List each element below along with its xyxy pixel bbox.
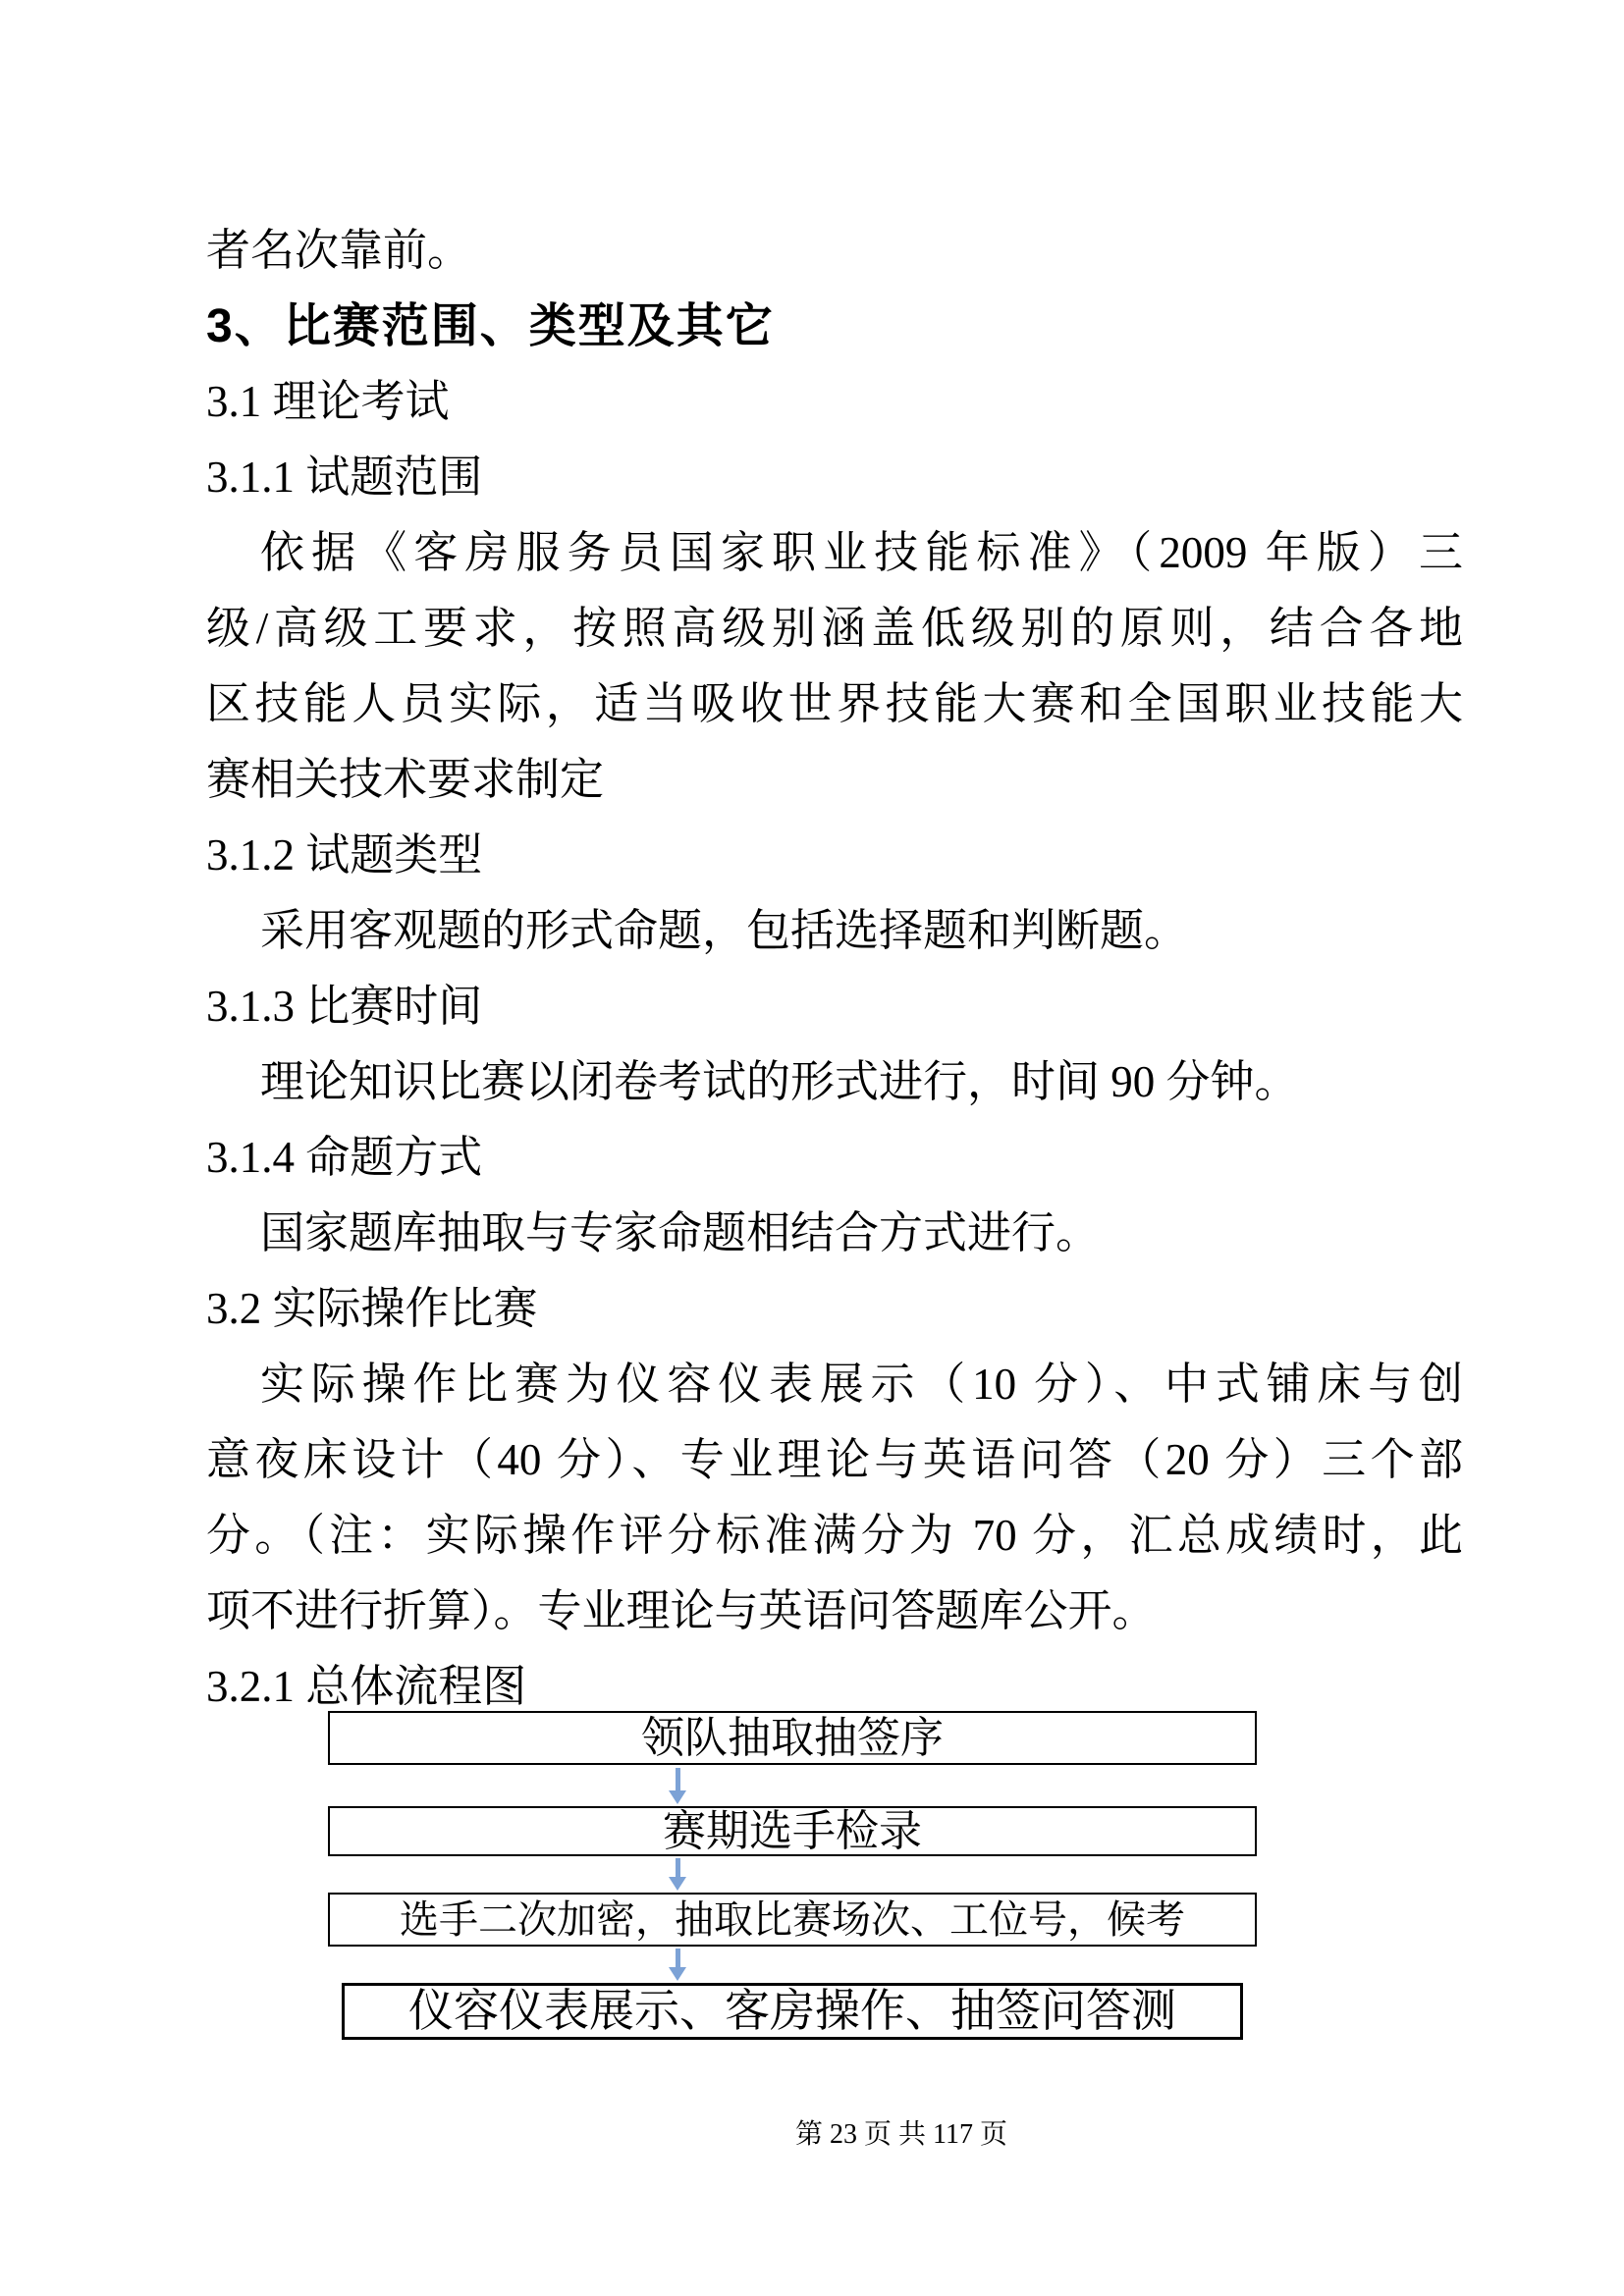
doc-line: 理论知识比赛以闭卷考试的形式进行，时间 90 分钟。 xyxy=(206,1044,1463,1120)
flow-step-label: 领队抽取抽签序 xyxy=(641,1717,944,1760)
arrow-shaft xyxy=(676,1949,680,1967)
arrow-head xyxy=(669,1877,686,1891)
flow-arrow-down-icon xyxy=(669,1858,686,1891)
arrow-shaft xyxy=(676,1858,680,1877)
doc-line: 级/高级工要求，按照高级别涵盖低级别的原则，结合各地 xyxy=(206,591,1463,667)
doc-line: 者名次靠前。 xyxy=(206,213,1463,289)
doc-line: 3.1.4 命题方式 xyxy=(206,1120,1463,1196)
arrow-shaft xyxy=(676,1768,680,1790)
flow-step-label: 仪容仪表展示、客房操作、抽签问答测 xyxy=(408,1989,1176,2034)
doc-line: 3.2 实际操作比赛 xyxy=(206,1271,1463,1347)
flow-arrow-down-icon xyxy=(669,1768,686,1804)
doc-line: 采用客观题的形式命题，包括选择题和判断题。 xyxy=(206,893,1463,969)
document-body: 者名次靠前。 3、比赛范围、类型及其它 3.1 理论考试 3.1.1 试题范围 … xyxy=(206,213,1463,1725)
flow-step-second-encryption: 选手二次加密，抽取比赛场次、工位号，候考 xyxy=(328,1893,1257,1947)
flow-step-label: 选手二次加密，抽取比赛场次、工位号，候考 xyxy=(400,1900,1185,1940)
doc-line: 赛相关技术要求制定 xyxy=(206,742,1463,818)
doc-line: 分。（注：实际操作评分标准满分为 70 分，汇总成绩时，此 xyxy=(206,1498,1463,1574)
flow-arrow-down-icon xyxy=(669,1949,686,1981)
doc-line: 3.1.3 比赛时间 xyxy=(206,969,1463,1044)
doc-line: 3.1.1 试题范围 xyxy=(206,440,1463,515)
section-heading: 3、比赛范围、类型及其它 xyxy=(206,289,1463,364)
flow-step-label: 赛期选手检录 xyxy=(663,1810,922,1853)
doc-line: 意夜床设计（40 分）、专业理论与英语问答（20 分）三个部 xyxy=(206,1422,1463,1498)
page-number: 第 23 页 共 117 页 xyxy=(795,2112,1007,2152)
doc-line: 依据《客房服务员国家职业技能标准》（2009 年版）三 xyxy=(206,515,1463,591)
document-page: 者名次靠前。 3、比赛范围、类型及其它 3.1 理论考试 3.1.1 试题范围 … xyxy=(0,0,1624,2296)
flow-step-draw-order: 领队抽取抽签序 xyxy=(328,1711,1257,1765)
flow-step-demonstration: 仪容仪表展示、客房操作、抽签问答测 xyxy=(342,1983,1243,2040)
arrow-head xyxy=(669,1967,686,1981)
doc-line: 3.1.2 试题类型 xyxy=(206,818,1463,893)
flow-step-check-in: 赛期选手检录 xyxy=(328,1806,1257,1856)
doc-line: 区技能人员实际，适当吸收世界技能大赛和全国职业技能大 xyxy=(206,667,1463,742)
arrow-head xyxy=(669,1790,686,1804)
doc-line: 实际操作比赛为仪容仪表展示（10 分）、中式铺床与创 xyxy=(206,1347,1463,1422)
doc-line: 3.1 理论考试 xyxy=(206,364,1463,440)
doc-line: 国家题库抽取与专家命题相结合方式进行。 xyxy=(206,1196,1463,1271)
doc-line: 项不进行折算）。专业理论与英语问答题库公开。 xyxy=(206,1574,1463,1649)
